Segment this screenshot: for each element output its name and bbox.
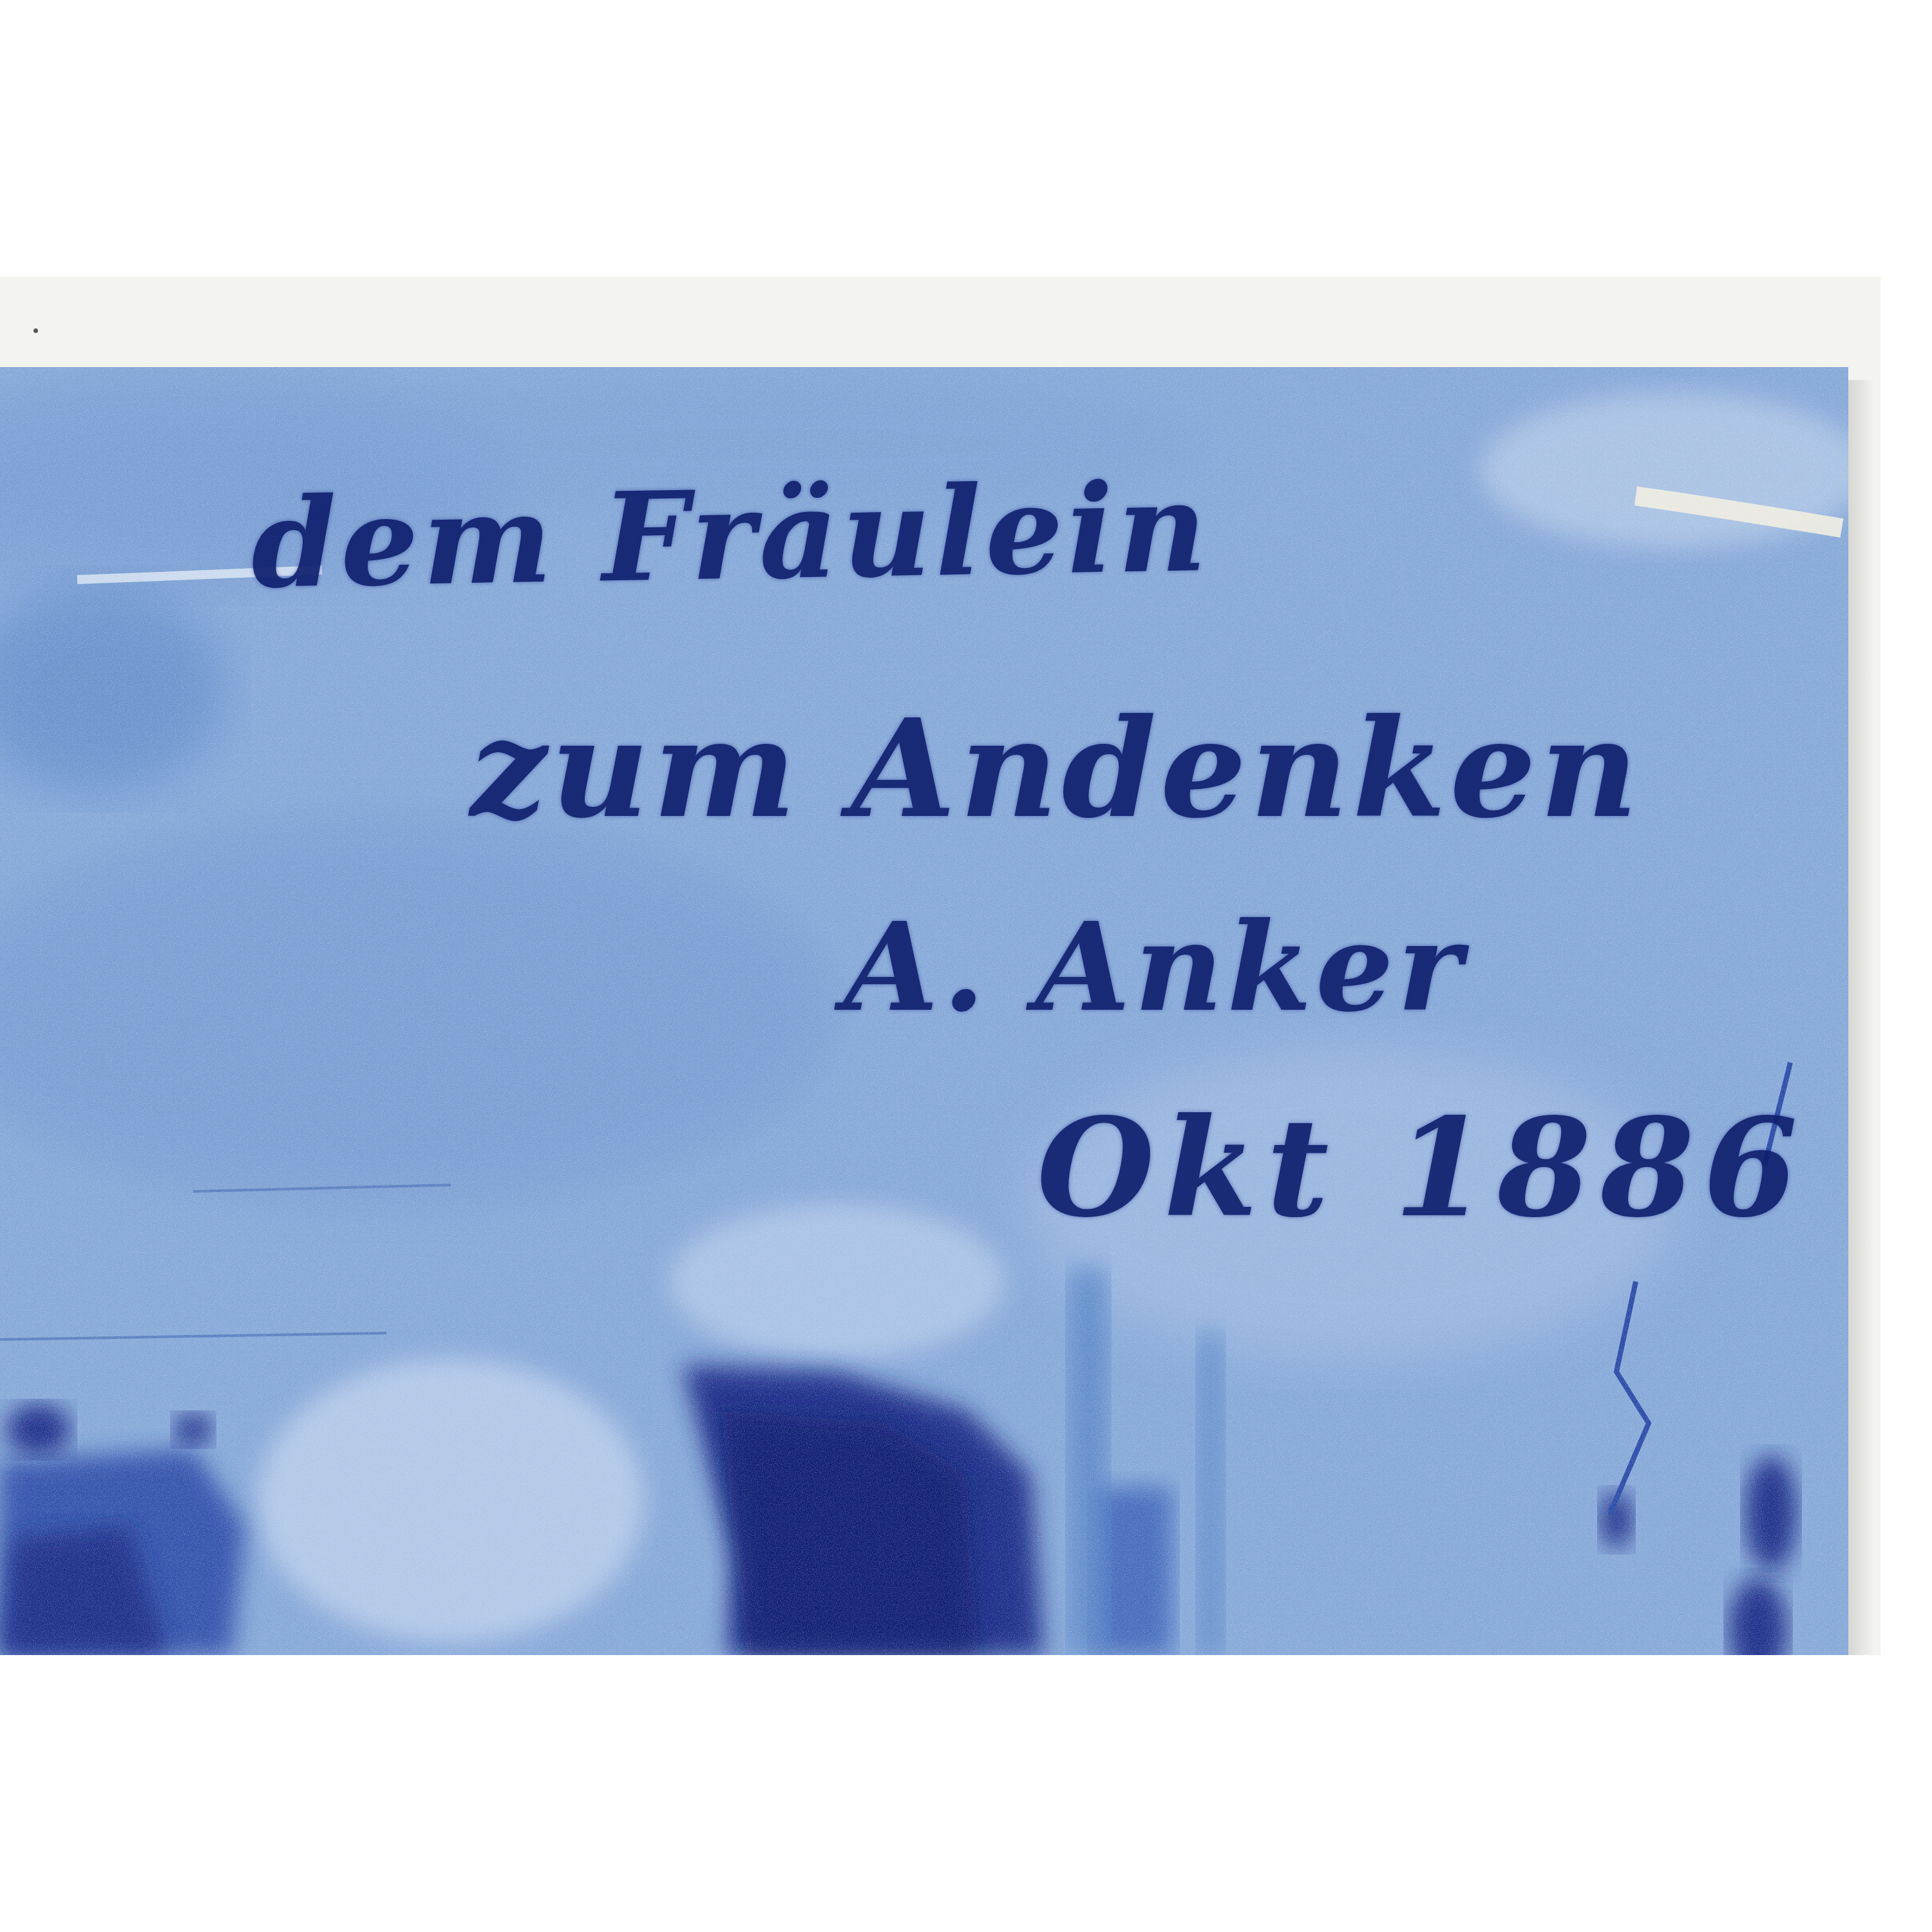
inscription-line-dedication: dem Fräulein — [250, 455, 1211, 616]
inscription-line-keepsake: zum Andenken — [470, 689, 1642, 848]
watercolor-paper: dem Fräulein zum Andenken A. Anker Okt 1… — [0, 367, 1848, 1655]
inscription-line-date: Okt 1886 — [1037, 1088, 1806, 1247]
handwritten-inscription: dem Fräulein zum Andenken A. Anker Okt 1… — [0, 367, 1848, 1655]
dust-speck — [33, 328, 38, 333]
paper-edge-shadow — [1848, 380, 1874, 1655]
inscription-line-signature: A. Anker — [844, 895, 1466, 1039]
